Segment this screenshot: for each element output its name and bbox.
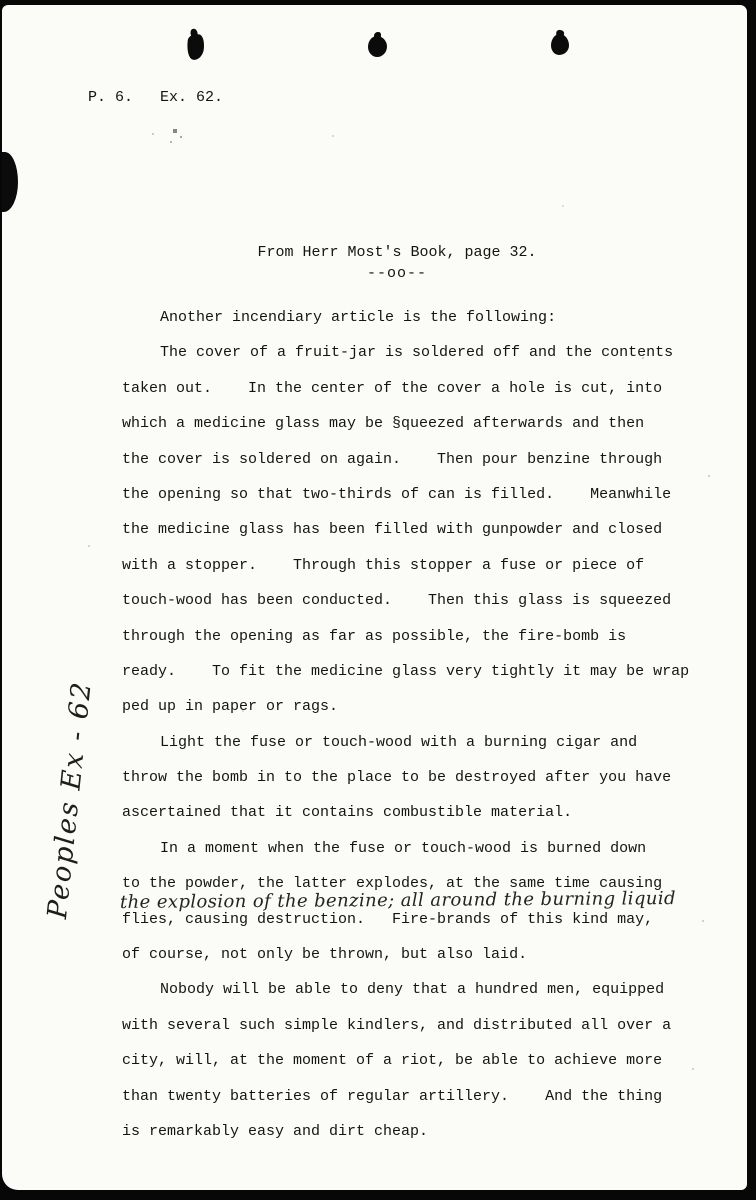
left-edge-ink-smudge-icon bbox=[2, 152, 18, 212]
typed-line: which a medicine glass may be §queezed a… bbox=[122, 406, 722, 441]
typed-line: is remarkably easy and dirt cheap. bbox=[122, 1114, 722, 1149]
typed-line: touch-wood has been conducted. Then this… bbox=[122, 583, 722, 618]
typed-line: ped up in paper or rags. bbox=[122, 689, 722, 724]
typed-line: The cover of a fruit-jar is soldered off… bbox=[122, 335, 722, 370]
document-title: From Herr Most's Book, page 32. bbox=[112, 243, 682, 263]
typed-line: city, will, at the moment of a riot, be … bbox=[122, 1043, 722, 1078]
typed-line: the medicine glass has been filled with … bbox=[122, 512, 722, 547]
typed-line: ready. To fit the medicine glass very ti… bbox=[122, 654, 722, 689]
scanned-page: P. 6. Ex. 62. From Herr Most's Book, pag… bbox=[2, 5, 747, 1190]
typed-line: Nobody will be able to deny that a hundr… bbox=[122, 972, 722, 1007]
typed-line: ascertained that it contains combustible… bbox=[122, 795, 722, 830]
document-body: Another incendiary article is the follow… bbox=[122, 300, 722, 1149]
typed-line: through the opening as far as possible, … bbox=[122, 619, 722, 654]
ink-blot-top-left-icon bbox=[185, 33, 205, 61]
typed-line: the opening so that two-thirds of can is… bbox=[122, 477, 722, 512]
typed-line: throw the bomb in to the place to be des… bbox=[122, 760, 722, 795]
typed-line: In a moment when the fuse or touch-wood … bbox=[122, 831, 722, 866]
ink-blot-top-center-icon bbox=[368, 36, 387, 57]
typed-line: with a stopper. Through this stopper a f… bbox=[122, 548, 722, 583]
page-header: P. 6. Ex. 62. bbox=[88, 89, 223, 106]
typed-line: Another incendiary article is the follow… bbox=[122, 300, 722, 335]
scan-speckles bbox=[2, 5, 4, 7]
typed-line: Light the fuse or touch-wood with a burn… bbox=[122, 725, 722, 760]
typed-line: with several such simple kindlers, and d… bbox=[122, 1008, 722, 1043]
ink-blot-top-right-icon bbox=[551, 34, 569, 55]
margin-annotation: Peoples Ex - 62 bbox=[42, 589, 124, 922]
title-block: From Herr Most's Book, page 32. --oo-- bbox=[112, 243, 682, 285]
typed-line: than twenty batteries of regular artille… bbox=[122, 1079, 722, 1114]
typed-line: taken out. In the center of the cover a … bbox=[122, 371, 722, 406]
title-divider: --oo-- bbox=[112, 263, 682, 285]
typed-line: of course, not only be thrown, but also … bbox=[122, 937, 722, 972]
typed-line: the cover is soldered on again. Then pou… bbox=[122, 442, 722, 477]
handwritten-insertion: the explosion of the benzine; all around… bbox=[120, 890, 676, 912]
